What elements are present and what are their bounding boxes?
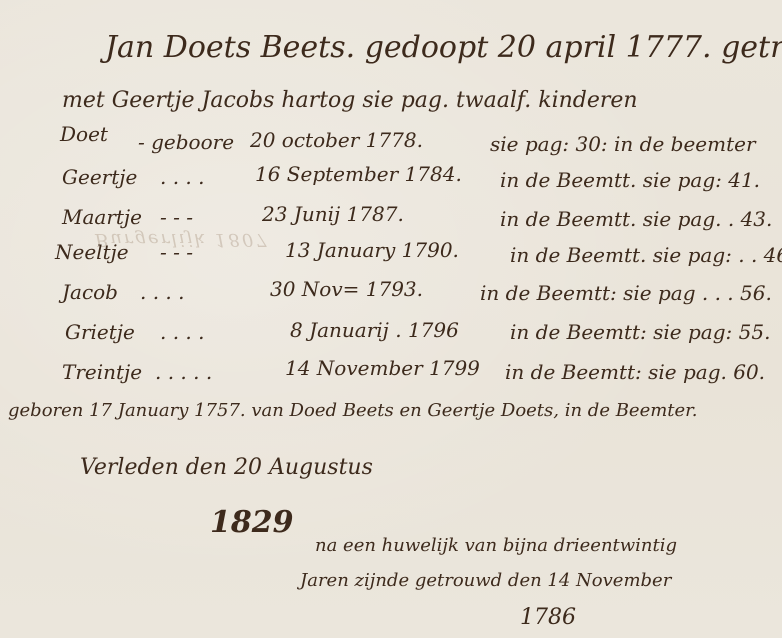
header-line-1: Jan Doets Beets. gedoopt 20 april 1777. … bbox=[105, 30, 782, 65]
child-date: 14 November 1799 bbox=[285, 356, 480, 380]
child-name: Jacob bbox=[62, 280, 118, 304]
child-name: Geertje bbox=[62, 165, 137, 189]
child-name: Maartje bbox=[62, 205, 142, 229]
child-sep: . . . . bbox=[140, 280, 185, 304]
child-ref: in de Beemtt. sie pag. . 43. bbox=[500, 207, 772, 231]
child-sep: - - - bbox=[160, 240, 193, 264]
child-name: Grietje bbox=[65, 320, 135, 344]
note-line-2: Jaren zijnde getrouwd den 14 November bbox=[300, 570, 671, 591]
child-date: 30 Nov= 1793. bbox=[270, 277, 423, 301]
note-line-1: na een huwelijk van bijna drieentwintig bbox=[315, 535, 677, 556]
child-name: Doet bbox=[60, 122, 108, 146]
child-ref: sie pag: 30: in de beemter bbox=[490, 132, 756, 156]
child-sep: . . . . . bbox=[155, 360, 212, 384]
death-year: 1829 bbox=[210, 505, 294, 540]
child-name: Neeltje bbox=[55, 240, 129, 264]
child-sep: . . . . bbox=[160, 320, 205, 344]
child-sep: . . . . bbox=[160, 165, 205, 189]
manuscript-page: Burgerlijk 1807 Jan Doets Beets. gedoopt… bbox=[0, 0, 782, 638]
child-date: 8 Januarij . 1796 bbox=[290, 318, 459, 342]
child-ref: in de Beemtt: sie pag: 55. bbox=[510, 320, 770, 344]
child-ref: in de Beemtt. sie pag: . . 46. bbox=[510, 243, 782, 267]
note-year: 1786 bbox=[520, 605, 576, 630]
child-ref: in de Beemtt: sie pag . . . 56. bbox=[480, 281, 772, 305]
child-date: 13 January 1790. bbox=[285, 238, 459, 262]
birth-line: geboren 17 January 1757. van Doed Beets … bbox=[8, 400, 698, 421]
child-ref: in de Beemtt: sie pag. 60. bbox=[505, 360, 765, 384]
child-date: 16 September 1784. bbox=[255, 162, 462, 186]
death-line: Verleden den 20 Augustus bbox=[80, 455, 373, 480]
child-sep: - - - bbox=[160, 205, 193, 229]
child-sep: - geboore bbox=[138, 130, 234, 154]
child-name: Treintje bbox=[62, 360, 142, 384]
child-date: 20 october 1778. bbox=[250, 128, 423, 152]
child-date: 23 Junij 1787. bbox=[262, 202, 404, 226]
child-ref: in de Beemtt. sie pag: 41. bbox=[500, 168, 760, 192]
header-line-2: met Geertje Jacobs hartog sie pag. twaal… bbox=[62, 88, 638, 113]
